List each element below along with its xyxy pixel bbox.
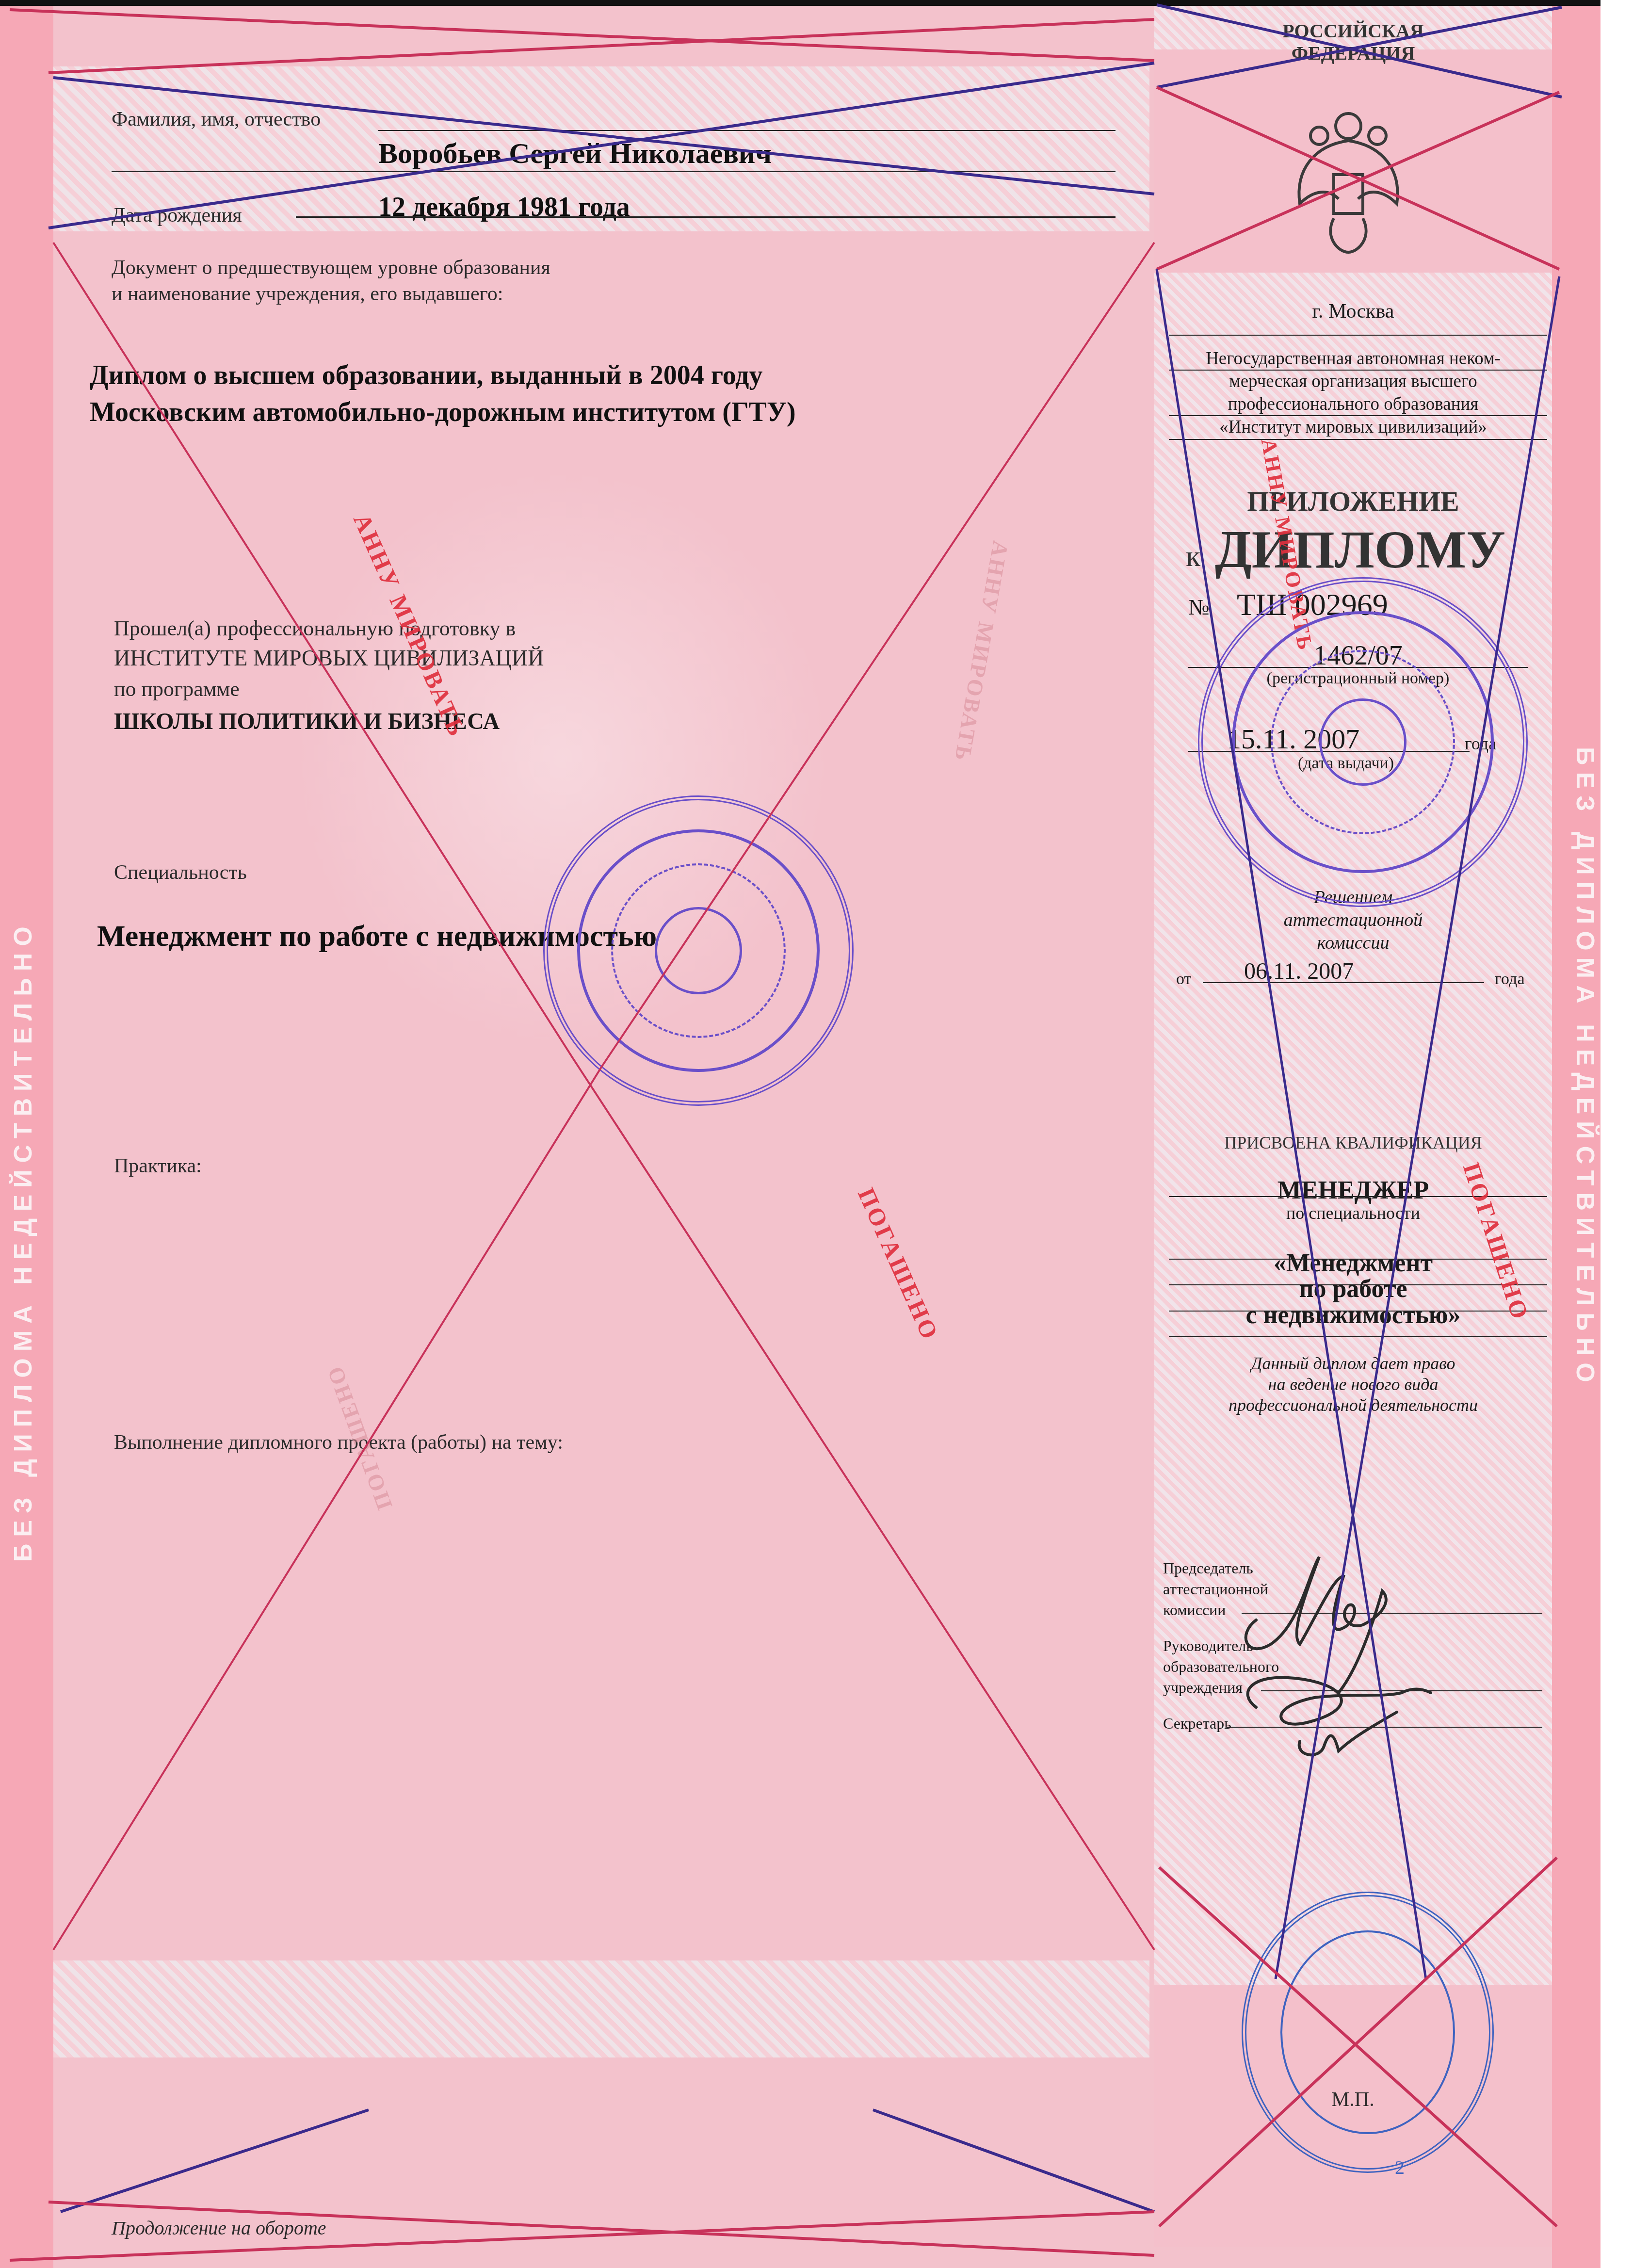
chair-label-3: комиссии bbox=[1163, 1601, 1226, 1619]
prior-education-label-2: и наименование учреждения, его выдавшего… bbox=[112, 282, 503, 306]
secretary-label: Секретарь bbox=[1163, 1715, 1231, 1733]
org-line-1: Негосударственная автономная неком- bbox=[1154, 348, 1552, 369]
title-line-1: ПРИЛОЖЕНИЕ bbox=[1154, 485, 1552, 518]
birth-date-value: 12 декабря 1981 года bbox=[378, 192, 630, 223]
side-banner-right: БЕЗ ДИПЛОМА НЕДЕЙСТВИТЕЛЬНО bbox=[1570, 747, 1600, 1389]
footer-band bbox=[53, 1960, 1149, 2057]
org-rule-3 bbox=[1169, 439, 1547, 440]
city-rule bbox=[1169, 335, 1547, 336]
practice-label: Практика: bbox=[114, 1154, 202, 1178]
decision-date: 06.11. 2007 bbox=[1244, 958, 1354, 985]
prior-education-line-2: Московским автомобильно-дорожным институ… bbox=[90, 397, 796, 428]
blue-institution-seal bbox=[1242, 1892, 1494, 2173]
thesis-label: Выполнение дипломного проекта (работы) н… bbox=[114, 1431, 563, 1454]
org-rule-1 bbox=[1169, 370, 1547, 371]
prior-education-label-1: Документ о предшествующем уровне образов… bbox=[112, 256, 550, 279]
country-line-1: РОССИЙСКАЯ bbox=[1154, 19, 1552, 42]
org-rule-2 bbox=[1169, 415, 1547, 416]
specialty-line-2: по работе bbox=[1154, 1275, 1552, 1303]
purple-seal-left bbox=[543, 795, 854, 1106]
specialty-label: Специальность bbox=[114, 861, 247, 884]
decision-line-3: комиссии bbox=[1154, 932, 1552, 954]
decision-prefix: от bbox=[1176, 970, 1191, 988]
specialty-rule-3 bbox=[1169, 1311, 1547, 1312]
country-line-2: ФЕДЕРАЦИЯ bbox=[1154, 42, 1552, 65]
head-label-3: учреждения bbox=[1163, 1679, 1243, 1697]
birth-date-rule bbox=[296, 216, 1115, 218]
training-line: Прошел(а) профессиональную подготовку в bbox=[114, 616, 516, 641]
name-rule-top bbox=[378, 130, 1115, 131]
training-program-label: по программе bbox=[114, 677, 240, 701]
rights-note-1: Данный диплом дает право bbox=[1154, 1353, 1552, 1374]
prior-education-line-1: Диплом о высшем образовании, выданный в … bbox=[90, 360, 762, 391]
title-line-2: ДИПЛОМУ bbox=[1215, 519, 1505, 581]
birth-date-label: Дата рождения bbox=[112, 204, 242, 227]
seal-place-label: М.П. bbox=[1331, 2088, 1374, 2111]
decision-suffix: года bbox=[1495, 970, 1525, 988]
continued-note: Продолжение на обороте bbox=[112, 2217, 326, 2239]
decision-line-2: аттестационной bbox=[1154, 909, 1552, 931]
scan-top-edge bbox=[0, 0, 1600, 6]
side-banner-left: БЕЗ ДИПЛОМА НЕДЕЙСТВИТЕЛЬНО bbox=[9, 920, 38, 1562]
training-institution: ИНСТИТУТЕ МИРОВЫХ ЦИВИЛИЗАЦИЙ bbox=[114, 645, 544, 671]
rights-note-2: на ведение нового вида bbox=[1154, 1374, 1552, 1394]
name-rule bbox=[112, 171, 1115, 172]
org-line-4: «Институт мировых цивилизаций» bbox=[1154, 417, 1552, 437]
full-name-label: Фамилия, имя, отчество bbox=[112, 108, 321, 131]
signatures-icon bbox=[1237, 1547, 1528, 1770]
city: г. Москва bbox=[1154, 300, 1552, 323]
org-line-2: мерческая организация высшего bbox=[1154, 371, 1552, 392]
title-prefix: к bbox=[1186, 539, 1200, 574]
specialty-rule-4 bbox=[1169, 1336, 1547, 1337]
org-line-3: профессионального образования bbox=[1154, 394, 1552, 415]
blue-seal-number: 2 bbox=[1395, 2156, 1405, 2179]
rights-note-3: профессиональной деятельности bbox=[1154, 1395, 1552, 1415]
decision-date-rule bbox=[1203, 982, 1484, 983]
qualification-label: ПРИСВОЕНА КВАЛИФИКАЦИЯ bbox=[1154, 1133, 1552, 1153]
coat-of-arms-icon bbox=[1285, 107, 1411, 257]
number-sign: № bbox=[1188, 594, 1210, 620]
specialty-rule-2 bbox=[1169, 1284, 1547, 1285]
full-name-value: Воробьев Сергей Николаевич bbox=[378, 137, 772, 170]
purple-seal-right bbox=[1198, 577, 1528, 907]
specialty-line-3: с недвижимостью» bbox=[1154, 1301, 1552, 1329]
